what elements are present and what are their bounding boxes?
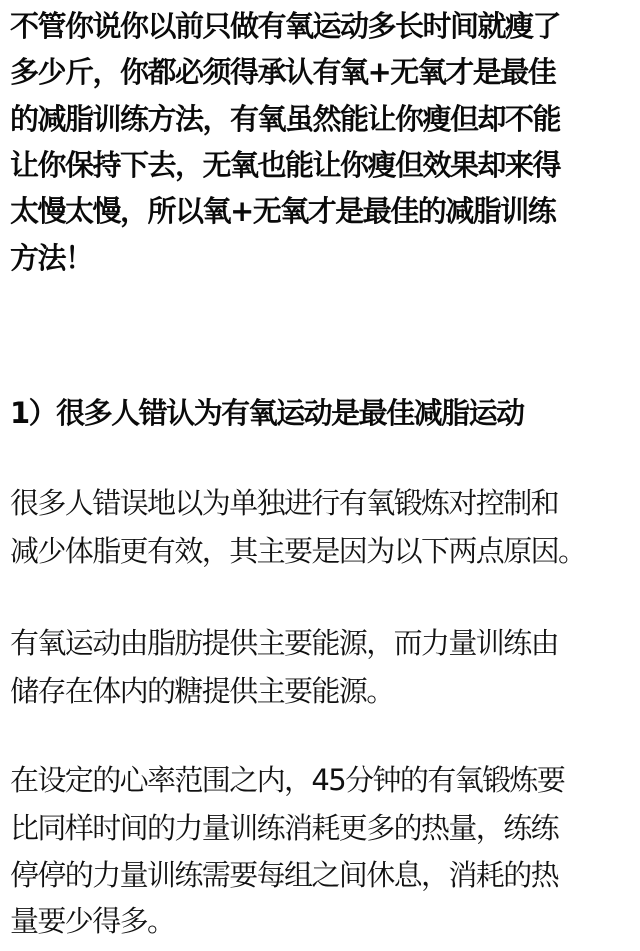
paragraph-line: 停停的力量训练需要每组之间休息，消耗的热: [10, 853, 558, 894]
intro-line: 多少斤，你都必须得承认有氧+无氧才是最佳: [10, 50, 555, 91]
intro-line: 的减脂训练方法，有氧虽然能让你瘦但却不能: [10, 97, 560, 138]
intro-line: 让你保持下去，无氧也能让你瘦但效果却来得: [10, 143, 560, 184]
paragraph-line: 储存在体内的糖提供主要能源。: [10, 669, 394, 710]
paragraph-line: 有氧运动由脂肪提供主要能源，而力量训练由: [10, 621, 558, 662]
intro-line: 太慢太慢，所以氧+无氧才是最佳的减脂训练: [10, 189, 555, 230]
paragraph-line: 在设定的心率范围之内，45分钟的有氧锻炼要: [10, 758, 564, 799]
intro-line: 方法！: [10, 236, 93, 277]
paragraph-line: 很多人错误地以为单独进行有氧锻炼对控制和: [10, 481, 558, 522]
intro-line: 不管你说你以前只做有氧运动多长时间就瘦了: [10, 4, 560, 45]
section-heading: 1）很多人错认为有氧运动是最佳减脂运动: [10, 391, 524, 432]
paragraph-line: 比同样时间的力量训练消耗更多的热量，练练: [10, 806, 558, 847]
paragraph-line: 减少体脂更有效，其主要是因为以下两点原因。: [10, 529, 585, 570]
paragraph-line: 量要少得多。: [10, 899, 174, 940]
